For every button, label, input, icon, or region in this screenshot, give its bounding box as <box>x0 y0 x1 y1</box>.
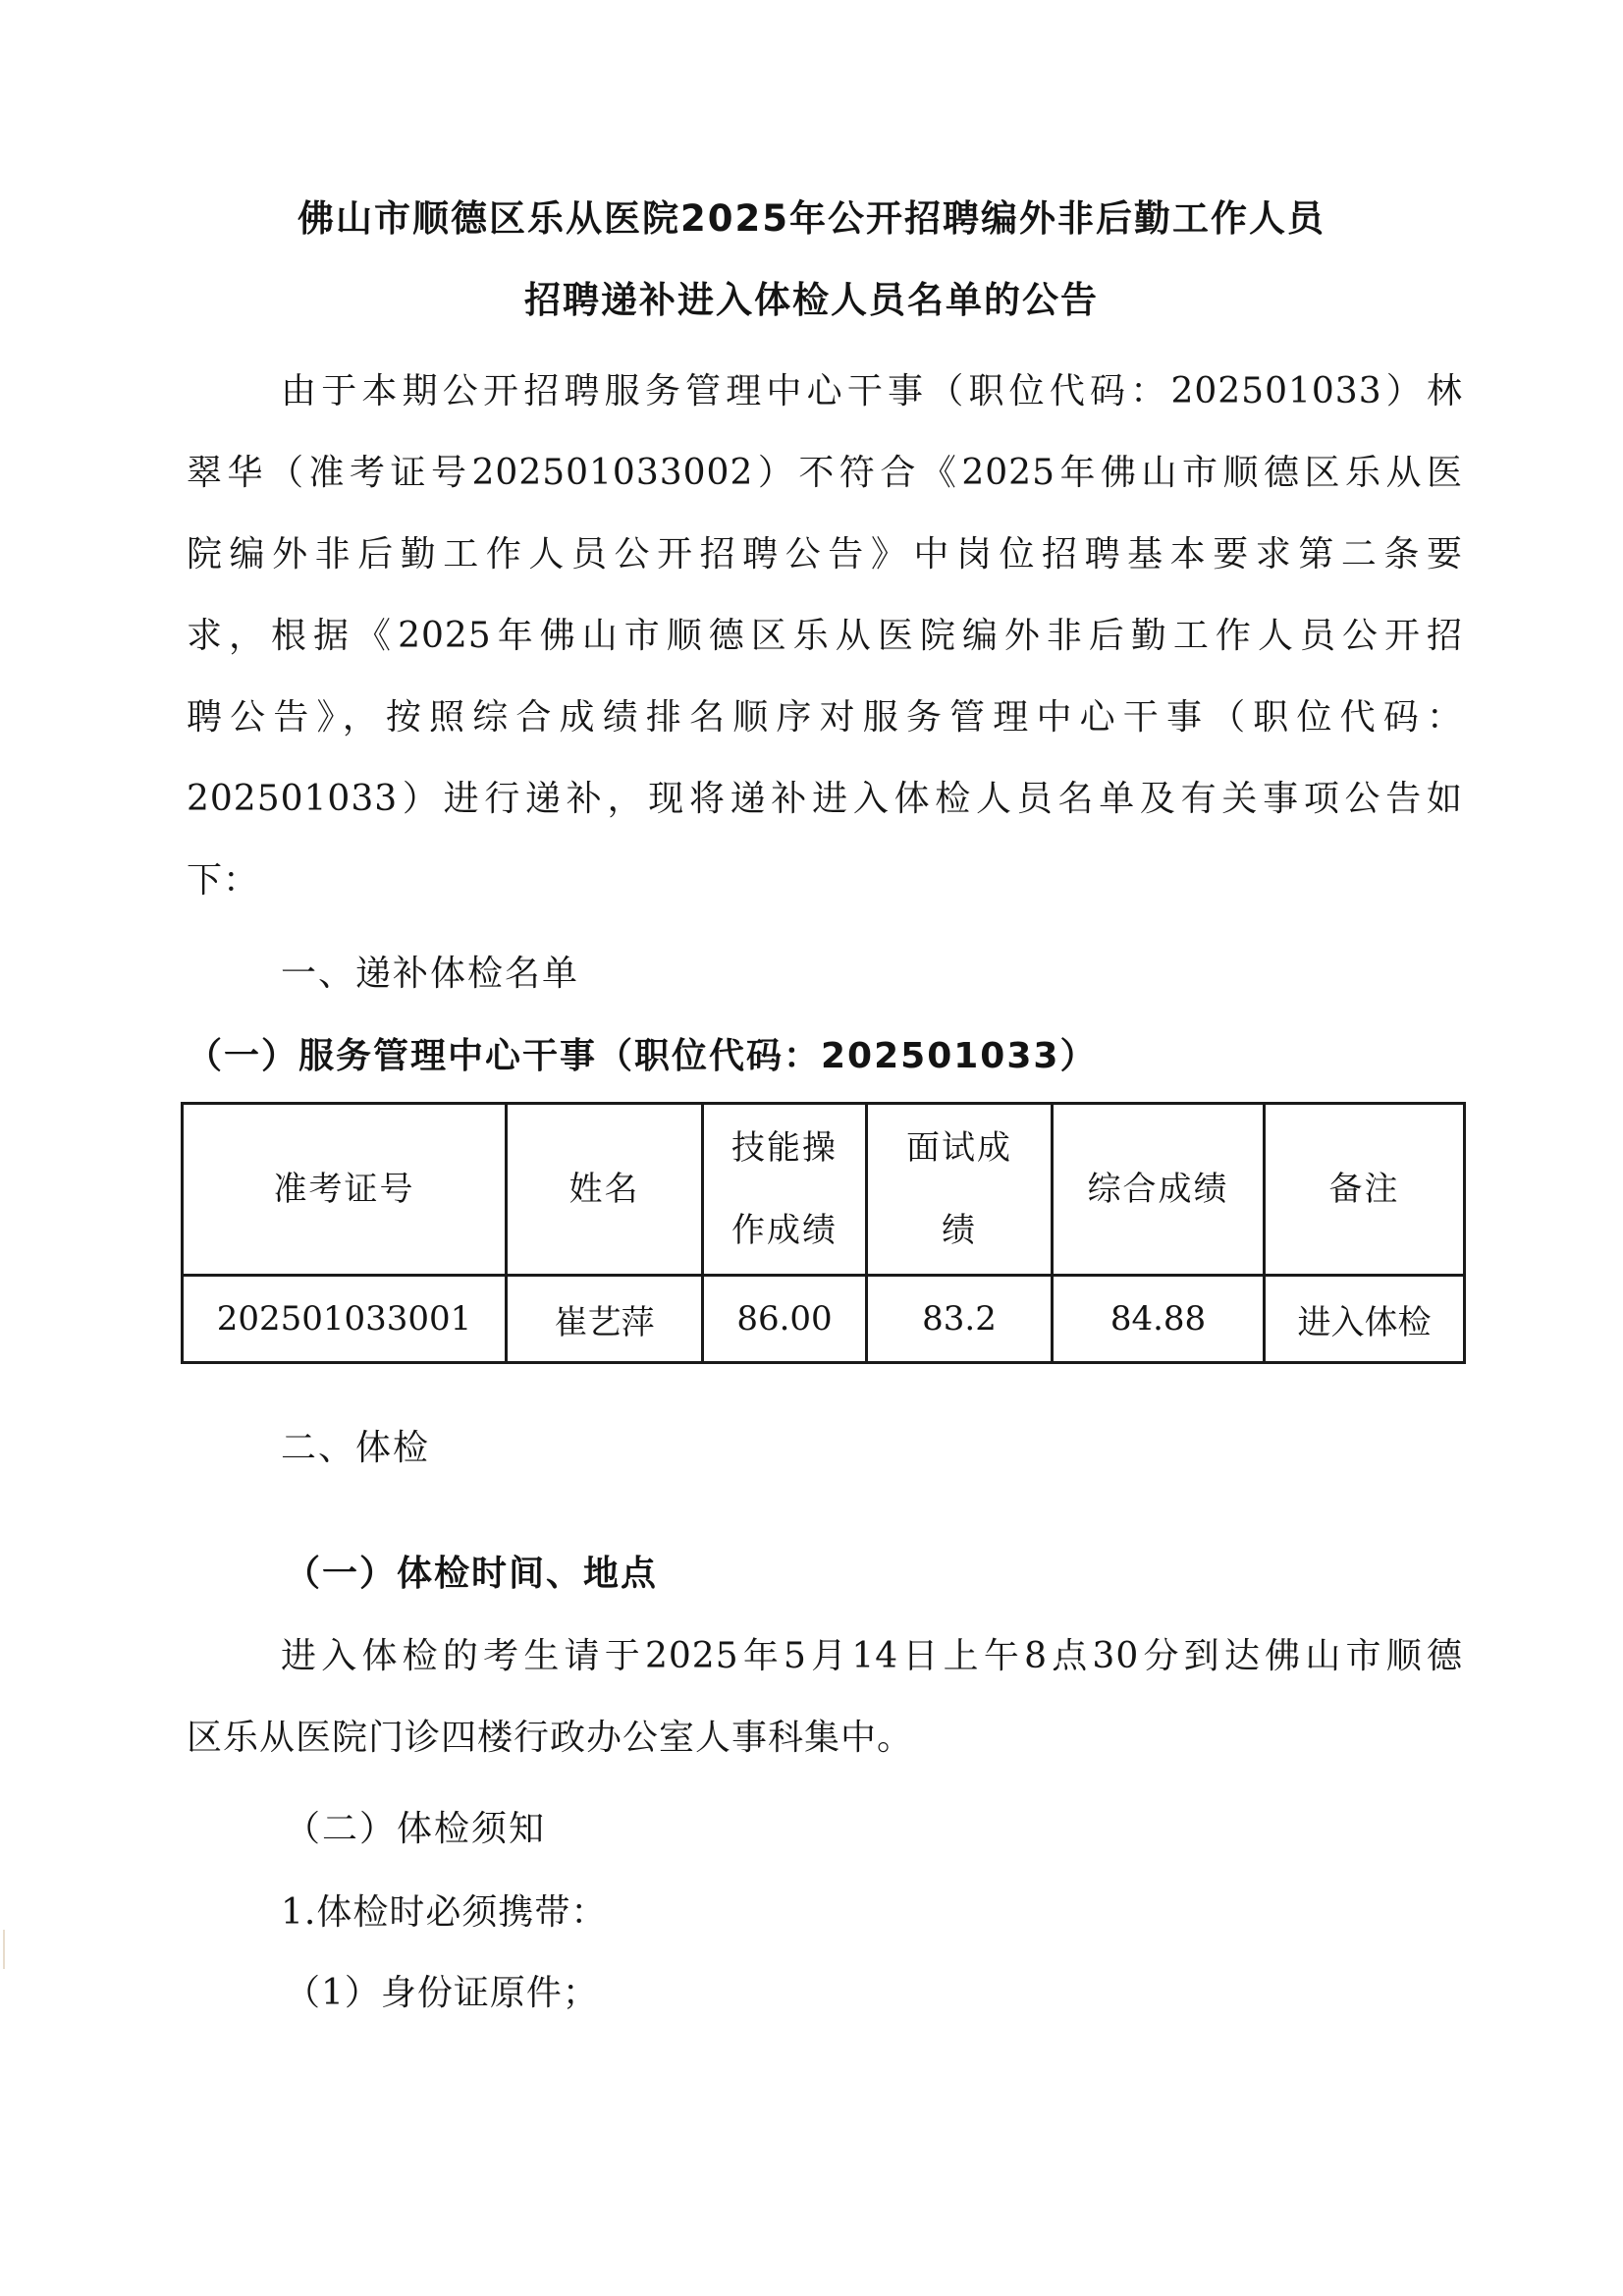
intro-line: 院编外非后勤工作人员公开招聘公告》中岗位招聘基本要求第二条要 <box>187 535 1463 574</box>
cell-remark: 进入体检 <box>1265 1276 1465 1363</box>
cell-skill-score: 86.00 <box>703 1276 867 1363</box>
cell-interview-score: 83.2 <box>867 1276 1053 1363</box>
section2-sub1-heading: （一）体检时间、地点 <box>285 1555 658 1594</box>
document-page: 佛山市顺德区乐从医院2025年公开招聘编外非后勤工作人员 招聘递补进入体检人员名… <box>0 0 1623 2296</box>
exam-location-line: 区乐从医院门诊四楼行政办公室人事科集中。 <box>187 1719 1463 1758</box>
cell-total-score: 84.88 <box>1053 1276 1265 1363</box>
header-skill-score: 技能操作成绩 <box>703 1104 867 1276</box>
header-interview-score: 面试成绩 <box>867 1104 1053 1276</box>
cell-exam-number: 202501033001 <box>183 1276 507 1363</box>
header-total-score: 综合成绩 <box>1053 1104 1265 1276</box>
intro-line: 求，根据《2025年佛山市顺德区乐从医院编外非后勤工作人员公开招 <box>187 617 1463 656</box>
header-skill-score-line2: 作成绩 <box>704 1189 865 1272</box>
document-title-line1: 佛山市顺德区乐从医院2025年公开招聘编外非后勤工作人员 <box>0 189 1623 242</box>
header-name: 姓名 <box>507 1104 703 1276</box>
header-exam-number: 准考证号 <box>183 1104 507 1276</box>
header-interview-score-line1: 面试成 <box>868 1107 1051 1189</box>
section1-heading: 一、递补体检名单 <box>281 955 579 994</box>
intro-line: 202501033）进行递补，现将递补进入体检人员名单及有关事项公告如 <box>187 780 1463 819</box>
section2-sub2-heading: （二）体检须知 <box>285 1810 546 1849</box>
header-remark: 备注 <box>1265 1104 1465 1276</box>
header-skill-score-line1: 技能操 <box>704 1107 865 1189</box>
exam-time-line: 进入体检的考生请于2025年5月14日上午8点30分到达佛山市顺德 <box>281 1637 1463 1676</box>
intro-line: 翠华（准考证号202501033002）不符合《2025年佛山市顺德区乐从医 <box>187 454 1463 493</box>
candidate-table: 准考证号 姓名 技能操作成绩 面试成绩 综合成绩 备注 202501033001… <box>181 1102 1466 1364</box>
scan-artifact <box>3 1930 5 1969</box>
table-header-row: 准考证号 姓名 技能操作成绩 面试成绩 综合成绩 备注 <box>183 1104 1465 1276</box>
table-row: 202501033001 崔艺萍 86.00 83.2 84.88 进入体检 <box>183 1276 1465 1363</box>
notice-item: 1.体检时必须携带： <box>281 1893 1557 1933</box>
section1-subheading: （一）服务管理中心干事（职位代码：202501033） <box>187 1037 1097 1076</box>
notice-item: （1）身份证原件； <box>285 1974 1561 2013</box>
cell-name: 崔艺萍 <box>507 1276 703 1363</box>
intro-line: 聘公告》，按照综合成绩排名顺序对服务管理中心干事（职位代码： <box>187 698 1463 738</box>
document-title-line2: 招聘递补进入体检人员名单的公告 <box>0 270 1623 323</box>
intro-line: 下： <box>187 861 1463 901</box>
section2-heading: 二、体检 <box>281 1429 430 1468</box>
intro-line: 由于本期公开招聘服务管理中心干事（职位代码：202501033）林 <box>281 372 1463 411</box>
header-interview-score-line2: 绩 <box>868 1189 1051 1272</box>
